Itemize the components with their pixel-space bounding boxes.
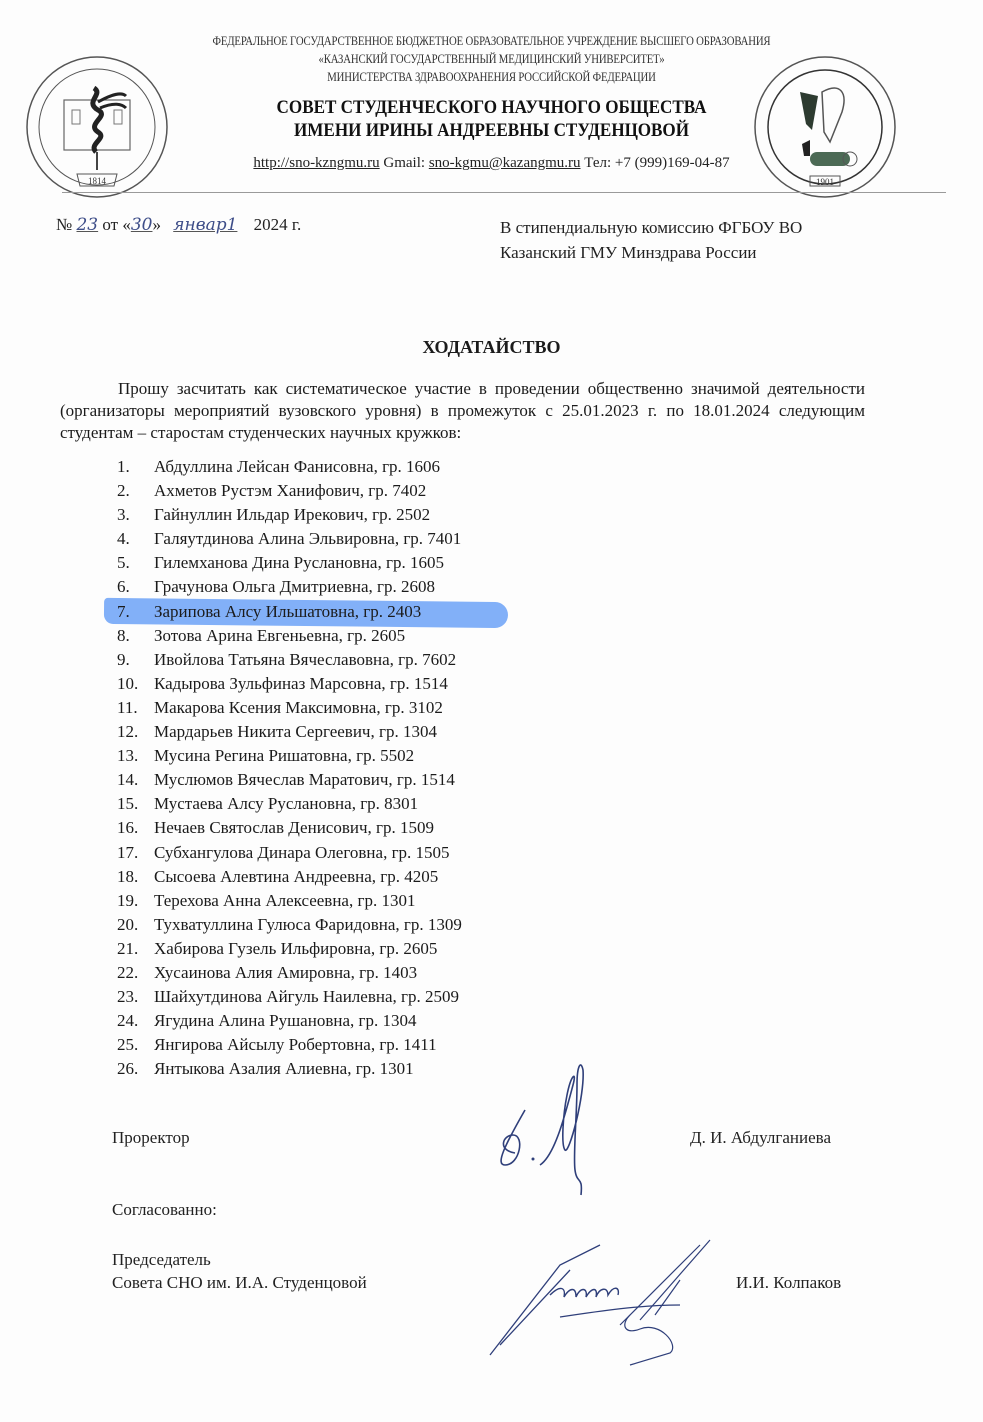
student-number: 6. [117,575,154,599]
student-number: 20. [117,913,154,937]
student-number: 3. [117,503,154,527]
student-name-group: Зотова Арина Евгеньевна, гр. 2605 [154,626,405,645]
student-name-group: Сысоева Алевтина Андреевна, гр. 4205 [154,867,438,886]
student-number: 17. [117,841,154,865]
chair-title-2: Совета СНО им. И.А. Студенцовой [112,1273,367,1293]
student-name-group: Нечаев Святослав Денисович, гр. 1509 [154,818,434,837]
chair-title-1: Председатель [112,1250,211,1270]
header-divider [62,192,946,193]
student-name-group: Галяутдинова Алина Эльвировна, гр. 7401 [154,529,461,548]
student-number: 19. [117,889,154,913]
document-day: 30 [131,215,153,235]
student-number: 2. [117,479,154,503]
student-list-item: 12.Мардарьев Никита Сергеевич, гр. 1304 [117,720,462,744]
email-link[interactable]: sno-kgmu@kazangmu.ru [429,155,581,171]
student-society-seal-icon: 1901 [750,52,900,202]
student-name-group: Грачунова Ольга Дмитриевна, гр. 2608 [154,577,435,596]
document-number-date: № 23 от «30» январ1 2024 г. [56,215,301,235]
student-name-group: Гайнуллин Ильдар Ирекович, гр. 2502 [154,505,430,524]
addressee: В стипендиальную комиссию ФГБОУ ВО Казан… [500,215,802,265]
student-list-item: 17.Субхангулова Динара Олеговна, гр. 150… [117,841,462,865]
student-name-group: Мустаева Алсу Руслановна, гр. 8301 [154,794,418,813]
document-month: январ1 [165,215,249,235]
document-title: ХОДАТАЙСТВО [0,337,983,358]
prorector-signature-icon [485,1055,615,1205]
student-name-group: Мусина Регина Ришатовна, гр. 5502 [154,746,414,765]
prorector-name: Д. И. Абдулганиева [690,1128,831,1148]
student-list-item: 6.Грачунова Ольга Дмитриевна, гр. 2608 [117,575,462,599]
student-list-item: 20.Тухватуллина Гулюса Фаридовна, гр. 13… [117,913,462,937]
student-number: 11. [117,696,154,720]
student-list-item: 4.Галяутдинова Алина Эльвировна, гр. 740… [117,527,462,551]
student-name-group: Кадырова Зульфиназ Марсовна, гр. 1514 [154,674,448,693]
from-label: от « [102,215,130,234]
student-list-item: 21.Хабирова Гузель Ильфировна, гр. 2605 [117,937,462,961]
student-number: 24. [117,1009,154,1033]
student-number: 13. [117,744,154,768]
student-number: 14. [117,768,154,792]
svg-text:1901: 1901 [816,177,834,187]
student-list-item: 16.Нечаев Святослав Денисович, гр. 1509 [117,816,462,840]
agreed-label: Согласованно: [112,1200,217,1220]
student-list-item: 22.Хусаинова Алия Амировна, гр. 1403 [117,961,462,985]
student-list-item: 10.Кадырова Зульфиназ Марсовна, гр. 1514 [117,672,462,696]
student-number: 23. [117,985,154,1009]
student-name-group: Абдуллина Лейсан Фанисовна, гр. 1606 [154,457,440,476]
student-number: 4. [117,527,154,551]
student-number: 7. [117,600,154,624]
student-list-item-highlighted: 7.Зарипова Алсу Ильшатовна, гр. 2403 [117,600,462,624]
student-list-item: 19.Терехова Анна Алексеевна, гр. 1301 [117,889,462,913]
student-list-item: 18.Сысоева Алевтина Андреевна, гр. 4205 [117,865,462,889]
student-list-item: 15.Мустаева Алсу Руслановна, гр. 8301 [117,792,462,816]
prorector-title: Проректор [112,1128,190,1148]
student-list-item: 13.Мусина Регина Ришатовна, гр. 5502 [117,744,462,768]
student-list: 1.Абдуллина Лейсан Фанисовна, гр. 16062.… [117,455,462,1081]
addressee-line-2: Казанский ГМУ Минздрава России [500,240,802,265]
student-list-item: 8.Зотова Арина Евгеньевна, гр. 2605 [117,624,462,648]
student-name-group: Зарипова Алсу Ильшатовна, гр. 2403 [154,602,421,621]
student-list-item: 11.Макарова Ксения Максимовна, гр. 3102 [117,696,462,720]
student-list-item: 23.Шайхутдинова Айгуль Наилевна, гр. 250… [117,985,462,1009]
student-name-group: Янгирова Айсылу Робертовна, гр. 1411 [154,1035,437,1054]
student-number: 22. [117,961,154,985]
student-number: 5. [117,551,154,575]
student-number: 15. [117,792,154,816]
student-name-group: Хусаинова Алия Амировна, гр. 1403 [154,963,417,982]
website-link[interactable]: http://sno-kzngmu.ru [253,155,379,171]
student-number: 25. [117,1033,154,1057]
student-name-group: Гилемханова Дина Руслановна, гр. 1605 [154,553,444,572]
student-name-group: Янтыкова Азалия Алиевна, гр. 1301 [154,1059,414,1078]
student-name-group: Ахметов Рустэм Ханифович, гр. 7402 [154,481,426,500]
document-number: 23 [76,215,98,235]
day-close: » [152,215,161,234]
student-number: 21. [117,937,154,961]
university-seal-icon: 1814 [22,52,172,202]
gmail-label: Gmail: [383,155,425,171]
student-name-group: Ивойлова Татьяна Вячеславовна, гр. 7602 [154,650,456,669]
svg-text:1814: 1814 [88,176,107,186]
student-number: 26. [117,1057,154,1081]
student-number: 10. [117,672,154,696]
student-name-group: Макарова Ксения Максимовна, гр. 3102 [154,698,443,717]
student-number: 9. [117,648,154,672]
student-list-item: 5.Гилемханова Дина Руслановна, гр. 1605 [117,551,462,575]
petition-body: Прошу засчитать как систематическое учас… [60,378,865,444]
letterhead-line-1: ФЕДЕРАЛЬНОЕ ГОСУДАРСТВЕННОЕ БЮДЖЕТНОЕ ОБ… [69,34,914,49]
student-name-group: Тухватуллина Гулюса Фаридовна, гр. 1309 [154,915,462,934]
student-number: 18. [117,865,154,889]
student-name-group: Мардарьев Никита Сергеевич, гр. 1304 [154,722,437,741]
number-label: № [56,215,72,234]
student-number: 16. [117,816,154,840]
student-number: 12. [117,720,154,744]
student-list-item: 25.Янгирова Айсылу Робертовна, гр. 1411 [117,1033,462,1057]
student-name-group: Муслюмов Вячеслав Маратович, гр. 1514 [154,770,455,789]
student-list-item: 9.Ивойлова Татьяна Вячеславовна, гр. 760… [117,648,462,672]
chair-signature-icon [480,1225,720,1385]
document-year: 2024 г. [254,215,302,234]
addressee-line-1: В стипендиальную комиссию ФГБОУ ВО [500,215,802,240]
student-number: 8. [117,624,154,648]
student-name-group: Хабирова Гузель Ильфировна, гр. 2605 [154,939,437,958]
student-list-item: 26.Янтыкова Азалия Алиевна, гр. 1301 [117,1057,462,1081]
student-name-group: Шайхутдинова Айгуль Наилевна, гр. 2509 [154,987,459,1006]
student-name-group: Терехова Анна Алексеевна, гр. 1301 [154,891,415,910]
student-number: 1. [117,455,154,479]
student-list-item: 3.Гайнуллин Ильдар Ирекович, гр. 2502 [117,503,462,527]
chair-name: И.И. Колпаков [736,1273,841,1293]
student-list-item: 1.Абдуллина Лейсан Фанисовна, гр. 1606 [117,455,462,479]
student-list-item: 2.Ахметов Рустэм Ханифович, гр. 7402 [117,479,462,503]
student-name-group: Субхангулова Динара Олеговна, гр. 1505 [154,843,450,862]
student-list-item: 24.Ягудина Алина Рушановна, гр. 1304 [117,1009,462,1033]
phone: Тел: +7 (999)169-04-87 [584,155,729,171]
student-list-item: 14.Муслюмов Вячеслав Маратович, гр. 1514 [117,768,462,792]
student-name-group: Ягудина Алина Рушановна, гр. 1304 [154,1011,416,1030]
